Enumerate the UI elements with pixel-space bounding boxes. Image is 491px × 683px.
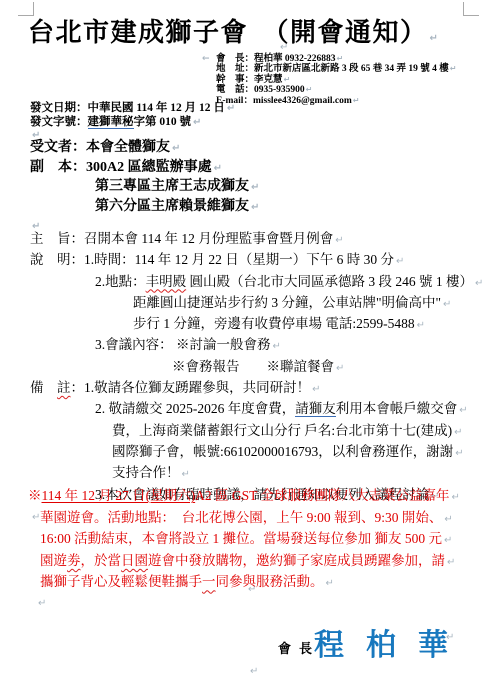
- note-1-text: ：1.敬請各位獅友踴躍參與，共同研討！: [71, 380, 311, 395]
- recipient-cc: 副 本：300A2 區總監辦事處: [30, 159, 259, 179]
- announce-line-5: 攜獅子背心及輕鬆便鞋攜手一同參與服務活動。: [28, 572, 460, 594]
- venue-rest: 圓山殿（台北市大同區承德路 3 段 246 號 1 樓）: [186, 274, 473, 289]
- contact-block: 會 長：程柏華 0932-226883 地 址：新北市新店區北新路 3 段 65…: [216, 54, 456, 106]
- announce-l4d: 日園: [121, 553, 148, 568]
- recipient-cc3: 第六分區主席賴景維獅友: [30, 198, 259, 218]
- note-1-line: 備 註：1.敬請各位獅友踴躍參與，共同研討！: [30, 378, 483, 399]
- announce-line-1-rest: A2 區 GST 全球服務團隊八大志業公益嘉年: [195, 488, 449, 503]
- announce-l5a: 攜獅子背心及輕鬆便鞋攜手: [40, 574, 202, 589]
- recipient-to: 受文者：本會全體獅友: [30, 139, 259, 159]
- recipients-block: 受文者：本會全體獅友 副 本：300A2 區總監辦事處 第三專區主席王志成獅友 …: [30, 139, 259, 237]
- announce-l5b: 一: [202, 574, 216, 589]
- tab-arrow-icon: [202, 54, 210, 64]
- venue-label: 2.地點：: [95, 274, 146, 289]
- announce-line-1: ※114 年 12 月 27 日(星期六)A2 區 GST 全球服務團隊八大志業…: [28, 486, 460, 508]
- contact-president: 會 長：程柏華 0932-226883: [216, 54, 456, 64]
- announce-marker: ※: [28, 488, 42, 503]
- note-2-text-c: 利用本會帳戶繳交會: [336, 401, 458, 416]
- page-title: 台北市建成獅子會 （開會通知）: [28, 12, 439, 49]
- contact-secretary: 幹 事：李克慧: [216, 75, 456, 85]
- detail-time-line: 說 明：1.時間：114 年 12 月 22 日（星期一）下午 6 時 30 分: [30, 250, 483, 271]
- announce-date: 114 年 12 月 27 日(星期六): [42, 488, 196, 503]
- issue-date-line: 發文日期：中華民國 114 年 12 月 12 日: [30, 102, 235, 116]
- subject-line: 主 旨：召開本會 114 年 12 月份理監事會暨月例會: [30, 229, 483, 250]
- note-2-text-b: 請獅友: [295, 401, 336, 417]
- meeting-notice-document: 台北市建成獅子會 （開會通知） ↵ 會 長：程柏華 0932-226883 地 …: [0, 0, 491, 683]
- announce-line-4: 園遊劵，於當日園遊會中發放購物，邀約獅子家庭成員踴躍參加，請: [28, 551, 460, 573]
- contact-email: E-mail：misslee4326@gmail.com: [216, 96, 456, 106]
- detail-walk-line: 步行 1 分鐘，旁邊有收費停車場 電話:2599-5488: [30, 314, 483, 335]
- note-2-cont-line: 費，上海商業儲蓄銀行文山分行 戶名:台北市第十七(建成): [30, 421, 483, 442]
- margin-corner-mark-right: [463, 2, 479, 16]
- announce-line-2: 華園遊會。活動地點： 台北花博公園，上午 9:00 報到、9:30 開始、: [28, 508, 460, 530]
- notes-label: 備: [30, 380, 57, 395]
- event-announcement-block: ※114 年 12 月 27 日(星期六)A2 區 GST 全球服務團隊八大志業…: [28, 486, 460, 594]
- note-2-cont2-line: 國際獅子會，帳號:66102000016793，以利會務運作，謝謝: [30, 442, 483, 463]
- detail-agenda2-line: ※會務報告 ※聯誼餐會: [30, 357, 483, 378]
- announce-l4b: 劵: [67, 553, 81, 568]
- page-title-text: 台北市建成獅子會 （開會通知）: [28, 18, 439, 47]
- announce-l5c: 同參與服務活動。: [216, 574, 324, 589]
- recipient-cc2: 第三專區主席王志成獅友: [30, 178, 259, 198]
- reference-number-line: 發文字號：建獅華秘字第 010 號: [30, 116, 235, 130]
- contact-phone: 電 話：0935-935900: [216, 85, 456, 95]
- contact-address: 地 址：新北市新店區北新路 3 段 65 巷 34 弄 19 號 4 樓: [216, 64, 456, 74]
- paragraph-mark: ↵: [446, 632, 454, 643]
- detail-transit-line: 距離圓山捷運站步行約 3 分鐘，公車站牌"明倫高中": [30, 293, 483, 314]
- paragraph-mark: ↵: [248, 584, 256, 595]
- announce-l4c: ，於當: [81, 553, 122, 568]
- paragraph-mark: ↵: [280, 42, 288, 53]
- body-block: 主 旨：召開本會 114 年 12 月份理監事會暨月例會 說 明：1.時間：11…: [30, 229, 483, 527]
- paragraph-mark: ↵: [250, 666, 258, 677]
- announce-l4a: 園遊: [40, 553, 67, 568]
- ref-tail: 字第 010 號: [134, 116, 192, 128]
- note-2-text-a: 2. 敬請繳交 2025-2026 年度會費，: [95, 401, 295, 416]
- announce-l4e: 遊會中發放購物，邀約獅子家庭成員踴躍參加，請: [148, 553, 445, 568]
- ref-code: 建獅華秘: [88, 116, 134, 129]
- detail-venue-line: 2.地點：丰明殿 圓山殿（台北市大同區承德路 3 段 246 號 1 樓）: [30, 272, 483, 293]
- notes-label-2: 註: [57, 380, 71, 395]
- paragraph-mark: ↵: [38, 598, 46, 609]
- ref-label: 發文字號：: [30, 116, 88, 128]
- note-2-cont3-line: 支持合作！: [30, 463, 483, 484]
- document-meta: 發文日期：中華民國 114 年 12 月 12 日 發文字號：建獅華秘字第 01…: [30, 102, 235, 143]
- note-2-line: 2. 敬請繳交 2025-2026 年度會費，請獅友利用本會帳戶繳交會: [30, 399, 483, 420]
- venue-name: 丰明殿: [146, 274, 187, 289]
- detail-agenda-line: 3.會議內容： ※討論一般會務: [30, 335, 483, 356]
- announce-line-3: 16:00 活動結束，本會將設立 1 攤位。當場發送每位參加 獅友 500 元: [28, 529, 460, 551]
